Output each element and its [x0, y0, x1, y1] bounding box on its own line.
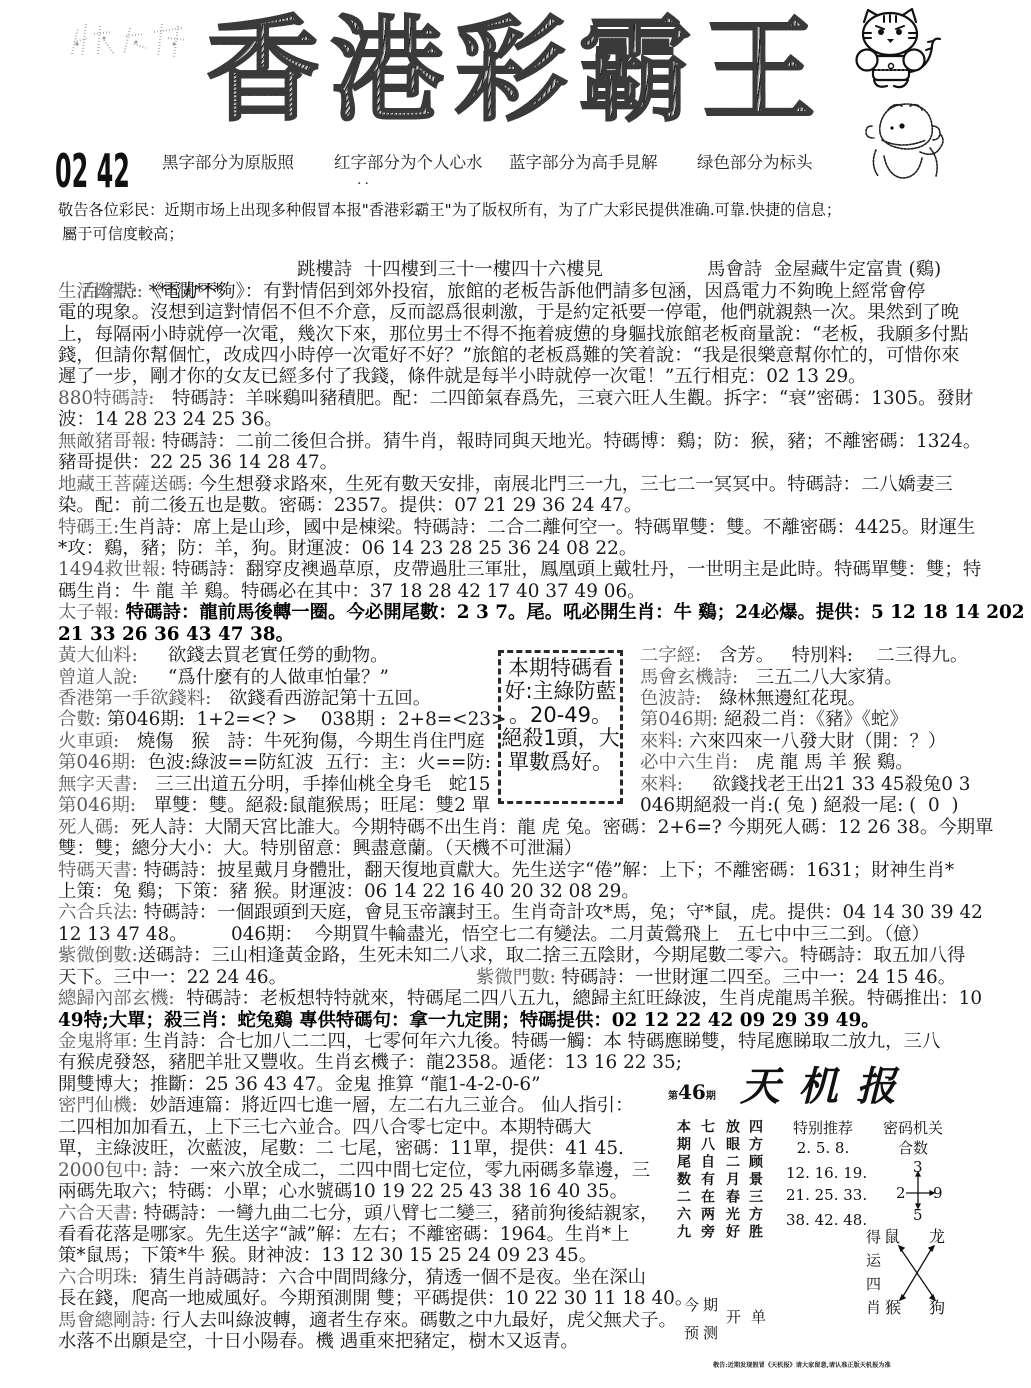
article-line: 六合兵法: 特碼詩：一個跟頭到天庭，會見玉帝讓封王。生肖奇計攻*馬，兔；守*鼠，…: [58, 902, 1031, 923]
legend-green: 绿色部分为标头: [697, 153, 813, 173]
lucky-zodiac-label: 得运四肖: [865, 1229, 880, 1323]
article-line: 特碼王:生肖詩：席上是山珍，國中是棟梁。特碼詩：二合二離何空一。特碼單雙：雙。不…: [58, 517, 1031, 538]
line-text: 水落不出願是空，十日小陽春。機 遇重來把豬定，樹木又返青。: [58, 1331, 579, 1352]
issue-number: 46: [678, 1080, 706, 1104]
legend-black: 黑字部分为原版照: [162, 153, 294, 173]
ziwei-door-number: 紫微門數: 特碼詩：一世財運二四至。三中一：24 15 46。: [476, 967, 956, 988]
code-right: 9: [933, 1184, 943, 1202]
line-text: 雙：雙；總分大小：大。特別留意：興盡意蘭。（天機不可泄漏）: [58, 838, 582, 859]
section-label: 馬會玄機詩:: [640, 667, 738, 688]
section-label: 香港第一手欲錢料:: [58, 688, 211, 709]
right-column-item: 馬會玄機詩: 三五二八大家猜。: [640, 667, 903, 688]
line-text: 單雙：雙。絕殺:鼠龍猴馬；旺尾：雙2 單: [136, 795, 490, 816]
section-label: 太子報:: [58, 602, 119, 623]
copyright-notice: 敬告各位彩民：近期市场上出现多种假冒本报"香港彩霸王"为了版权所有，为了广大彩民…: [58, 200, 841, 220]
article-line: 上策：兔 鷄；下策：豬 猴。財運波：06 14 22 16 40 20 32 0…: [58, 881, 1031, 902]
section-label: 特碼王:: [58, 517, 119, 538]
section-label: 特碼天書:: [58, 860, 138, 881]
line-text: 長在錢，爬高一地威風好。今期預測開 雙；平碼提供：10 22 30 11 18 …: [58, 1288, 693, 1309]
section-label: 地藏王菩薩送碼:: [58, 474, 193, 495]
decorative-dots: ..: [357, 172, 372, 188]
line-text: 欲錢去買老實任勞的動物。: [138, 645, 389, 666]
line-text: 絕殺二肖：《豬》《蛇》: [718, 709, 908, 730]
line-text: 行人去叫綠波轉，適者生存來。碼數之中九最好，虎父無犬子。: [156, 1310, 677, 1331]
section-label: 生活幽默:: [58, 281, 138, 302]
section-label: 第046期:: [58, 795, 136, 816]
line-text: 猜生肖詩碼詩：六合中間問緣分，猜透一個不是夜。坐在深山: [138, 1267, 646, 1288]
tip-line: 絕殺1頭，大: [501, 727, 620, 750]
line-text: “爲什麼有的人做車怕暈？”: [138, 667, 389, 688]
article-line: 波：14 28 23 24 25 36。: [58, 409, 1031, 430]
article-line: 49特;大單；殺三肖：蛇兔鷄 專供特碼句：拿一九定開；特碼提供：02 12 22…: [58, 1010, 1031, 1031]
article-line: 地藏王菩薩送碼: 今生想發求路來，生死有數天安排，南展北門三一九，三七二一冥冥中…: [58, 474, 1031, 495]
code-top: 3: [913, 1158, 923, 1176]
issue-code: 02 42: [55, 146, 130, 196]
line-text: 特碼詩：一個跟頭到天庭，會見玉帝讓封王。生肖奇計攻*馬，兔；守*鼠，虎。提供：0…: [138, 902, 983, 923]
article-line: 遲了一步，剛才你的女友已經多付了我錢，條件就是每半小時就停一次電！”五行相克：0…: [58, 366, 1031, 387]
line-text: 三五二八大家猜。: [738, 667, 903, 688]
article-line: 1494救世報: 特碼詩：翻穿皮襖過草原，皮帶過肚三軍壯，鳳凰頭上戴牡丹，一世明…: [58, 559, 1031, 580]
zodiac-top-left: 鼠: [884, 1228, 900, 1246]
poem-column: 七八自有在两旁: [700, 1119, 714, 1242]
section-label: 合數:: [58, 709, 101, 730]
forecast-label-1: 今期: [684, 1296, 722, 1314]
article-line: 2000包中: 詩：一來六放全成二，二四中間七定位，零九兩碼多靠邊，三: [58, 1160, 1031, 1181]
article-line: 總歸內部玄機: 特碼詩：老板想特特就來，特碼尾二四八五九，總歸主紅旺綠波，生肖虎…: [58, 988, 1020, 1009]
line-text: 上，每隔兩小時就停一次電，幾次下來，那位男士不得不拖着疲憊的身軀找旅館老板商量說…: [58, 324, 969, 345]
line-text: 今生想發求路來，生死有數天安排，南展北門三一九，三七二一冥冥中。特碼詩：二八嬌妻…: [193, 474, 953, 495]
line-text: 特碼詩：老板想特特就來，特碼尾二四八五九，總歸主紅旺綠波，生肖虎龍馬羊猴。特碼推…: [175, 988, 983, 1009]
section-label: 色波詩:: [640, 688, 701, 709]
line-text: 21 33 26 36 43 47 38。: [58, 624, 294, 645]
line-text: 燒傷 猴 詩：牛死狗傷，今期生肖住門庭: [119, 731, 484, 752]
line-text: 兩碼先取六；特碼：小單；心水號碼10 19 22 25 43 38 16 40 …: [58, 1181, 628, 1202]
code-title: 密码机关: [876, 1119, 950, 1137]
line-text: 看看花落是哪家。先生送字“誠”解：左右；不離密碼：1964。生肖*上: [58, 1224, 629, 1245]
line-text: 虎 龍 馬 羊 猴 鷄。: [738, 752, 914, 773]
article-line: 水落不出願是空，十日小陽春。機 遇重來把豬定，樹木又返青。: [58, 1331, 1031, 1352]
poem-row: 百字詩: ***瀾*** 跳樓詩 十四樓到三十一樓四十六樓見 馬會詩 金屋藏牛定…: [58, 259, 1031, 280]
line-text: 金屋藏牛定富貴 (鷄): [774, 259, 941, 280]
line-text: 色波:綠波==防紅波 五行：主：火==防:: [136, 752, 491, 773]
code-bottom: 5: [913, 1206, 923, 1224]
right-column-item: 第046期: 絕殺二肖：《豬》《蛇》: [640, 709, 908, 730]
section-label: 無敵猪哥報:: [58, 431, 156, 452]
horse-club-poem: 馬會詩 金屋藏牛定富貴 (鷄): [707, 259, 941, 280]
line-text: 策*鼠馬；下策*牛 猴。財神波：13 12 30 15 25 24 09 23 …: [58, 1245, 597, 1266]
faded-stamp: [64, 14, 206, 62]
section-label: 跳樓詩: [297, 259, 364, 280]
section-label: 來料:: [640, 774, 683, 795]
line-text: 特碼詩：一世財運二四至。三中一：24 15 46。: [556, 967, 956, 988]
article-line: 12 13 47 48。046期： 今期買牛輪盡光，悟空七二有變法。二月黃鶯飛上…: [58, 924, 1031, 945]
line-text: 046期絕殺一肖:( 兔 ) 絕殺一尾: ( 0 ): [640, 795, 959, 816]
line-text: 上策：兔 鷄；下策：豬 猴。財運波：06 14 22 16 40 20 32 0…: [58, 881, 640, 902]
tiger-icon: [850, 6, 944, 100]
right-column-item: 來料: 欲錢找老王出21 33 45殺兔0 3: [640, 774, 970, 795]
line-text: 生肖詩：合七加八二二四，七零何年六九後。特碼一觸：本 特碼應睇雙，特尾應睇取二放…: [138, 1031, 941, 1052]
tip-line: 好:主綠防藍: [501, 680, 620, 703]
line-text-secondary: 046期： 今期買牛輪盡光，悟空七二有變法。二月黃鶯飛上 五七中中三二到。（億）: [231, 924, 930, 945]
line-text: 特碼詩：二前二後但合拼。猜牛肖，報時同與天地光。特碼博：鷄；防：猴，豬；不離密碼…: [156, 431, 981, 452]
line-text: 錢，但請你幫個忙，改成四小時停一次電好不好？”旅館的老板爲難的笑着說：“我是很樂…: [58, 345, 960, 366]
line-text: 欲錢看西游記第十五回。: [211, 688, 431, 709]
zodiac-bottom-left: 猴: [885, 1299, 901, 1317]
article-line: 太子報: 特碼詩：龍前馬後轉一圈。今必開尾數：2 3 7。尾。吼必開生肖：牛 鷄…: [58, 602, 1031, 623]
article-line: 電的現象。沒想到這對情侶不但不介意，反而認爲很刺激，于是約定祇要一停電，他們就親…: [58, 302, 1031, 323]
article-line: 21 33 26 36 43 47 38。: [58, 624, 1031, 645]
poem-column: 放眼二月春光好: [725, 1119, 739, 1242]
legend-red: 红字部分为个人心水: [334, 153, 483, 173]
line-text: 波：14 28 23 24 25 36。: [58, 409, 283, 430]
section-label: 來料:: [640, 731, 683, 752]
tianji-title: 天机报: [740, 1064, 914, 1110]
section-label: 火車頭:: [58, 731, 119, 752]
section-label: 六合天書:: [58, 1203, 138, 1224]
line-text: 特碼詩：羊咪鷄叫豬積肥。配：二四節氣春爲先，三衰六旺人生觀。拆字：“衰”密碼：1…: [154, 388, 973, 409]
section-label: 死人碼:: [58, 817, 119, 838]
special-recommend-row: 38. 42. 48.: [786, 1211, 860, 1229]
right-column-item: 色波詩: 綠林無邊紅花現。: [640, 688, 866, 709]
line-text: 十四樓到三十一樓四十六樓見: [364, 259, 603, 280]
article-line: 無敵猪哥報: 特碼詩：二前二後但合拼。猜牛肖，報時同與天地光。特碼博：鷄；防：猴…: [58, 431, 1031, 452]
article-line: 豬哥提供：22 25 36 14 28 47。: [58, 452, 1031, 473]
forecast-value: 开单: [726, 1308, 776, 1326]
poem-column: 四方顾景三方胜: [748, 1119, 762, 1242]
special-recommend-row: 12. 16. 19.: [786, 1164, 860, 1182]
line-text: 二四相加加看五，上下三七六並合。四八合零七定中。本期特碼大: [58, 1117, 591, 1138]
tip-line: 本期特碼看: [501, 657, 620, 680]
line-text: 《電力不夠》：有對情侶到郊外投宿，旅館的老板告訴他們請多包涵，因爲電力不夠晚上經…: [138, 281, 925, 302]
line-text: 遲了一步，剛才你的女友已經多付了我錢，條件就是每半小時就停一次電！”五行相克：0…: [58, 366, 867, 387]
section-label: 第046期:: [640, 709, 718, 730]
section-label: 馬會詩: [707, 259, 774, 280]
article-line: 生活幽默: 《電力不夠》：有對情侶到郊外投宿，旅館的老板告訴他們請多包涵，因爲電…: [58, 281, 1031, 302]
section-label: 1494救世報:: [58, 559, 166, 580]
newspaper-title: 香港彩霸王: [206, 12, 826, 130]
special-recommend-row: 21. 25. 33.: [786, 1186, 860, 1204]
article-line: 金鬼將軍: 生肖詩：合七加八二二四，七零何年六九後。特碼一觸：本 特碼應睇雙，特…: [58, 1031, 1031, 1052]
line-text: 染。配：前二後五也是數。密碼：2357。提供：07 21 29 36 24 47…: [58, 495, 642, 516]
article-line: *攻：鷄，豬；防：羊，狗。財運波：06 14 23 28 25 36 24 08…: [58, 538, 1031, 559]
section-label: 2000包中:: [58, 1160, 148, 1181]
article-line: 特碼天書: 特碼詩：披星戴月身體壯，翻天復地貢獻大。先生送字“倦”解：上下；不離…: [58, 860, 1031, 881]
poem-column: 本期尾数二六九: [676, 1119, 690, 1242]
section-label: 曾道人說:: [58, 667, 138, 688]
section-label: 二字經:: [640, 645, 701, 666]
article-line: 紫微倒數:送碼詩：三山相逢黃金路，生死未知二八求，取二捨三五陰財，今期尾數二零六…: [58, 945, 1031, 966]
line-text: 綠林無邊紅花現。: [701, 688, 866, 709]
forecast-label-2: 预测: [684, 1324, 722, 1342]
article-line: 上，每隔兩小時就停一次電，幾次下來，那位男士不得不拖着疲憊的身軀找旅館老板商量說…: [58, 324, 1031, 345]
section-label: 密門仙機:: [58, 1095, 138, 1116]
line-text: 特碼詩：披星戴月身體壯，翻天復地貢獻大。先生送字“倦”解：上下；不離密碼：163…: [138, 860, 954, 881]
jump-poem: 跳樓詩 十四樓到三十一樓四十六樓見: [297, 259, 603, 280]
section-label: 必中六生肖:: [640, 752, 738, 773]
line-text: 豬哥提供：22 25 36 14 28 47。: [58, 452, 338, 473]
line-text: 天下。三中一：22 24 46。: [58, 967, 287, 988]
section-label: 無字天書:: [58, 774, 138, 795]
line-text: 碼生肖：牛 龍 羊 鷄。特碼必在其中：37 18 28 42 17 40 37 …: [58, 581, 646, 602]
line-text: 妙語連篇：將近四七進一層，左二右九三並合。 仙人指引：: [138, 1095, 634, 1116]
special-recommend-row: 2. 5. 8.: [786, 1139, 860, 1157]
section-label: 880特碼詩:: [58, 388, 154, 409]
line-text: 49特;大單；殺三肖：蛇兔鷄 專供特碼句：拿一九定開；特碼提供：02 12 22…: [58, 1010, 880, 1031]
article-line: 染。配：前二後五也是數。密碼：2357。提供：07 21 29 36 24 47…: [58, 495, 1031, 516]
article-line: 死人碼: 死人詩：大鬧天宮比誰大。今期特碼不出生肖：龍 虎 兔。密碼：2+6=?…: [58, 817, 1031, 838]
line-text: 特碼詩：龍前馬後轉一圈。今必開尾數：2 3 7。尾。吼必開生肖：牛 鷄；24必爆…: [119, 602, 1024, 623]
section-label: 紫微倒數:: [58, 945, 138, 966]
tianji-issue: 第46期: [668, 1080, 716, 1104]
copyright-notice-cont: 屬于可信度較高；: [62, 224, 184, 244]
line-text: 生肖詩：席上是山珍，國中是棟梁。特碼詩：二合二離何空一。特碼單雙：雙。不離密碼：…: [119, 517, 975, 538]
article-line: 六合明珠: 猜生肖詩碼詩：六合中間問緣分，猜透一個不是夜。坐在深山: [58, 1267, 1031, 1288]
right-column-item: 必中六生肖: 虎 龍 馬 羊 猴 鷄。: [640, 752, 914, 773]
article-line: 兩碼先取六；特碼：小單；心水號碼10 19 22 25 43 38 16 40 …: [58, 1181, 1031, 1202]
article-line: 碼生肖：牛 龍 羊 鷄。特碼必在其中：37 18 28 42 17 40 37 …: [58, 581, 1031, 602]
line-text: 送碼詩：三山相逢黃金路，生死未知二八求，取二捨三五陰財，今期尾數二零六。特碼詩：…: [138, 945, 966, 966]
line-text: 12 13 47 48。: [58, 924, 188, 945]
article-line: 錢，但請你幫個忙，改成四小時停一次電好不好？”旅館的老板爲難的笑着說：“我是很樂…: [58, 345, 1031, 366]
legend-blue: 蓝字部分为高手見解: [509, 153, 658, 173]
line-text: *攻：鷄，豬；防：羊，狗。財運波：06 14 23 28 25 36 24 08…: [58, 538, 637, 559]
line-text: 六來四來一八發大財（開：？）: [683, 731, 946, 752]
line-text: 特碼詩：一彎九曲二七分，頭八臂七二變三，豬前狗後結親家，: [138, 1203, 659, 1224]
code-left: 2: [896, 1184, 906, 1202]
zodiac-cross-icon: [896, 1244, 938, 1302]
article-line: 天下。三中一：22 24 46。紫微門數: 特碼詩：一世財運二四至。三中一：24…: [58, 967, 1031, 988]
section-label: 六合兵法:: [58, 902, 138, 923]
article-line: 880特碼詩: 特碼詩：羊咪鷄叫豬積肥。配：二四節氣春爲先，三衰六旺人生觀。拆字…: [58, 388, 1031, 409]
article-line: 策*鼠馬；下策*牛 猴。財神波：13 12 30 15 25 24 09 23 …: [58, 1245, 1031, 1266]
tip-line: 。20-49。: [501, 704, 620, 727]
section-label: 六合明珠:: [58, 1267, 138, 1288]
section-label: 金鬼將軍:: [58, 1031, 138, 1052]
monkey-icon: [858, 96, 950, 188]
right-column-item: 046期絕殺一肖:( 兔 ) 絕殺一尾: ( 0 ): [640, 795, 959, 816]
tianji-notice: 敬告:近期发现假冒《天机报》请大家留意,请认准正版天机报为准: [713, 1362, 891, 1370]
issue-suffix: 期: [706, 1091, 716, 1102]
section-label: 第046期:: [58, 752, 136, 773]
right-column-item: 二字經: 含芳。 特別料: 二三得九。: [640, 645, 968, 666]
line-text: 特碼詩：翻穿皮襖過草原，皮帶過肚三軍壯，鳳凰頭上戴牡丹，一世明主是此時。特碼單雙…: [166, 559, 981, 580]
section-label: 馬會總剛詩:: [58, 1310, 156, 1331]
tip-line: 單數爲好。: [501, 751, 620, 774]
tip-box: 本期特碼看 好:主綠防藍 。20-49。 絕殺1頭，大 單數爲好。: [498, 650, 623, 804]
faded-stamp-icon: [64, 14, 206, 62]
zodiac-top-right: 龙: [929, 1228, 945, 1246]
line-text: 詩：一來六放全成二，二四中間七定位，零九兩碼多靠邊，三: [148, 1160, 650, 1181]
section-label: 黃大仙料:: [58, 645, 138, 666]
line-text: 第046期: 1+2=<? > 038期 : 2+8=<23>: [101, 709, 506, 730]
section-label: 總歸內部玄機:: [58, 988, 175, 1009]
line-text: 單，主綠波旺，次藍波，尾數：二 七尾，密碼：11單，提供：41 45.: [58, 1138, 624, 1159]
line-text: 電的現象。沒想到這對情侶不但不介意，反而認爲很刺激，于是約定祇要一停電，他們就親…: [58, 302, 959, 323]
code-subtitle: 合数: [876, 1139, 950, 1157]
line-text: 欲錢找老王出21 33 45殺兔0 3: [683, 774, 971, 795]
line-text: 死人詩：大鬧天宮比誰大。今期特碼不出生肖：龍 虎 兔。密碼：2+6=? 今期死人…: [119, 817, 993, 838]
article-body: 百字詩: ***瀾*** 跳樓詩 十四樓到三十一樓四十六樓見 馬會詩 金屋藏牛定…: [58, 259, 1031, 1352]
line-text: 三三出道五分明，手捧仙桃全身毛 蛇15: [138, 774, 491, 795]
issue-prefix: 第: [668, 1091, 678, 1102]
right-column-item: 來料: 六來四來一八發大財（開：？）: [640, 731, 946, 752]
zodiac-bottom-right: 狗: [929, 1299, 945, 1317]
line-text: 有猴虎發怒，豬肥羊壯又豐收。生肖玄機子：龍2358。遁佬：13 16 22 35…: [58, 1052, 682, 1073]
line-text: 含芳。 特別料: 二三得九。: [701, 645, 968, 666]
article-line: 六合天書: 特碼詩：一彎九曲二七分，頭八臂七二變三，豬前狗後結親家，: [58, 1203, 1031, 1224]
section-label: 紫微門數:: [476, 967, 556, 988]
article-line: 雙：雙；總分大小：大。特別留意：興盡意蘭。（天機不可泄漏）: [58, 838, 1031, 859]
line-text: 開雙博大；推斷：25 36 43 47。金鬼 推算 “龍1-4-2-0-6”: [58, 1074, 540, 1095]
special-recommend-title: 特别推荐: [786, 1119, 860, 1137]
